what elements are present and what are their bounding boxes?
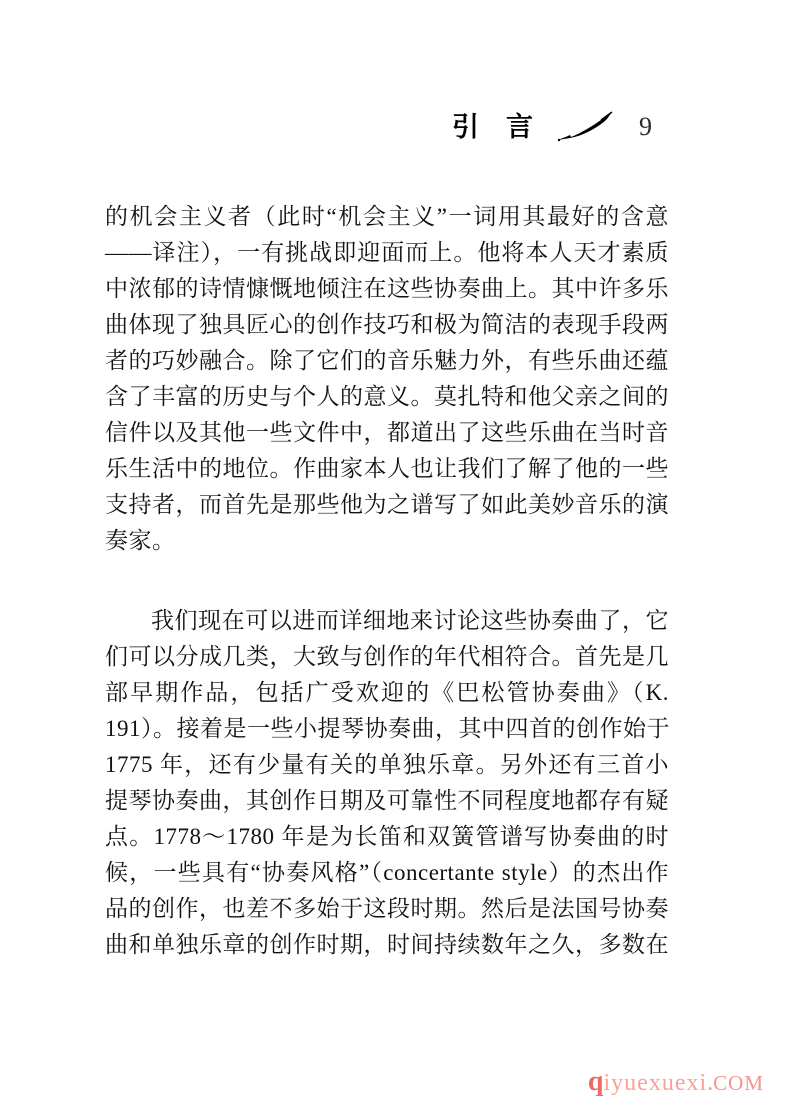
text-line: 含了丰富的历史与个人的意义。莫扎特和他父亲之间的 [105,379,669,415]
text-line: 我们现在可以进而详细地来讨论这些协奏曲了，它 [105,603,669,639]
text-line: 点。1778～1780 年是为长笛和双簧管谱写协奏曲的时 [105,819,669,855]
text-line: 支持者，而首先是那些他为之谱写了如此美妙音乐的演 [105,487,669,523]
text-line: ——译注），一有挑战即迎面而上。他将本人天才素质 [105,235,669,271]
text-line: 1775 年，还有少量有关的单独乐章。另外还有三首小 [105,747,669,783]
quill-flourish-icon [557,111,615,143]
watermark-name: iyuexuexi [604,1071,708,1095]
text-line: 提琴协奏曲，其创作日期及可靠性不同程度地都存有疑 [105,783,669,819]
text-line: 候，一些具有“协奏风格”（concertante style）的杰出作 [105,855,669,891]
paragraph-1: 的机会主义者（此时“机会主义”一词用其最好的含意 ——译注），一有挑战即迎面而上… [105,199,669,559]
text-line: 曲和单独乐章的创作时期，时间持续数年之久，多数在 [105,927,669,963]
text-line: 曲体现了独具匠心的创作技巧和极为简洁的表现手段两 [105,307,669,343]
text-line: 信件以及其他一些文件中，都道出了这些乐曲在当时音 [105,415,669,451]
scanned-book-page: 引 言 9 的机会主义者（此时“机会主义”一词用其最好的含意 ——译注），一有挑… [0,0,794,1120]
watermark-tld: COM [713,1073,764,1094]
chapter-title-char-1: 引 [452,114,479,141]
paragraph-2: 我们现在可以进而详细地来讨论这些协奏曲了，它 们可以分成几类，大致与创作的年代相… [105,603,669,963]
text-line: 奏家。 [105,523,669,559]
text-line: 中浓郁的诗情慷慨地倾注在这些协奏曲上。其中许多乐 [105,271,669,307]
text-line: 部早期作品，包括广受欢迎的《巴松管协奏曲》（K. [105,675,669,711]
text-line: 者的巧妙融合。除了它们的音乐魅力外，有些乐曲还蕴 [105,343,669,379]
text-line: 品的创作，也差不多始于这段时期。然后是法国号协奏 [105,891,669,927]
watermark-site-logo: q iyuexuexi . COM [588,1068,764,1102]
body-text: 的机会主义者（此时“机会主义”一词用其最好的含意 ——译注），一有挑战即迎面而上… [105,199,669,963]
text-line: 们可以分成几类，大致与创作的年代相符合。首先是几 [105,639,669,675]
watermark-initial: q [588,1068,604,1096]
page-number: 9 [639,114,652,140]
chapter-title-char-2: 言 [506,114,533,141]
page-header: 引 言 9 [452,108,652,146]
chapter-title: 引 言 [452,114,533,141]
text-line: 191）。接着是一些小提琴协奏曲，其中四首的创作始于 [105,711,669,747]
text-line: 乐生活中的地位。作曲家本人也让我们了解了他的一些 [105,451,669,487]
text-line: 的机会主义者（此时“机会主义”一词用其最好的含意 [105,199,669,235]
